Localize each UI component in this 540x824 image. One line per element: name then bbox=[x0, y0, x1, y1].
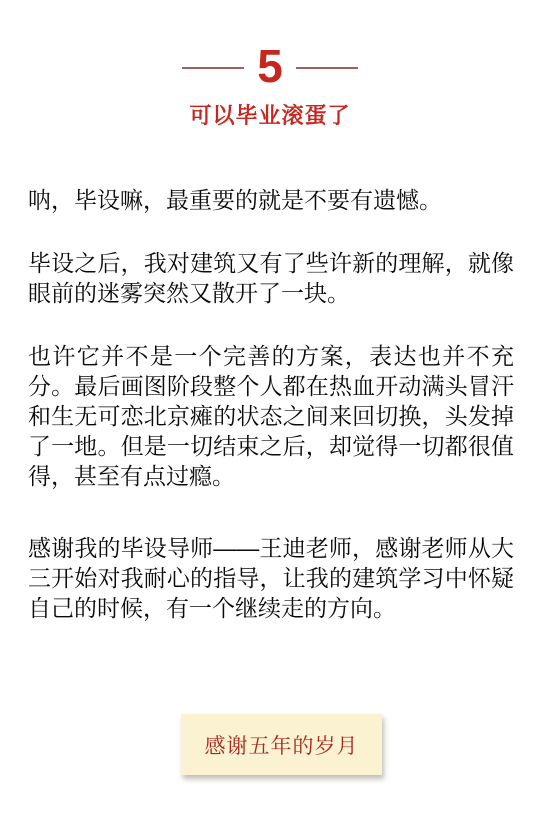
paragraph-1: 呐，毕设嘛，最重要的就是不要有遗憾。 bbox=[28, 185, 514, 215]
article-page: 5 可以毕业滚蛋了 呐，毕设嘛，最重要的就是不要有遗憾。 毕设之后，我对建筑又有… bbox=[0, 0, 540, 824]
left-dash-divider bbox=[182, 67, 244, 69]
right-dash-divider bbox=[296, 67, 358, 69]
section-number-row: 5 bbox=[0, 44, 540, 92]
section-title: 可以毕业滚蛋了 bbox=[0, 99, 540, 130]
section-number: 5 bbox=[257, 43, 283, 93]
paragraph-3: 也许它并不是一个完善的方案，表达也并不充分。最后画图阶段整个人都在热血开动满头冒… bbox=[28, 341, 514, 491]
footer-tag-button[interactable]: 感谢五年的岁月 bbox=[181, 714, 382, 775]
footer-tag-label: 感谢五年的岁月 bbox=[205, 730, 359, 760]
article-body: 呐，毕设嘛，最重要的就是不要有遗憾。 毕设之后，我对建筑又有了些许新的理解，就像… bbox=[28, 185, 514, 656]
paragraph-2: 毕设之后，我对建筑又有了些许新的理解，就像眼前的迷雾突然又散开了一块。 bbox=[28, 248, 514, 308]
section-header: 5 可以毕业滚蛋了 bbox=[0, 44, 540, 130]
paragraph-4: 感谢我的毕设导师——王迪老师，感谢老师从大三开始对我耐心的指导，让我的建筑学习中… bbox=[28, 533, 514, 623]
